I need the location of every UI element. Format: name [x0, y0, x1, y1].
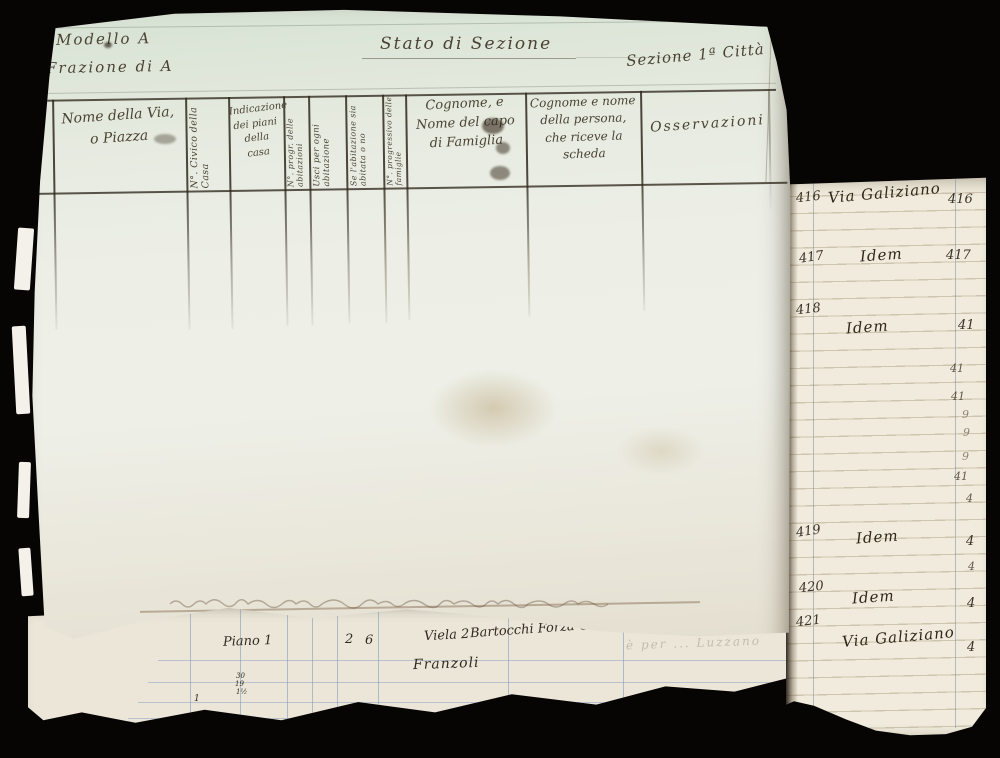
archival-document-photo: Piano 1 2 6 Viela 2 Bartocchi Forza Gi F… — [0, 0, 1000, 758]
row-number-right: 41 — [958, 318, 975, 333]
main-form-page: Modello A Frazione di A Stato di Sezione… — [20, 6, 792, 656]
grid-line — [138, 702, 738, 703]
edge-number: 9 — [962, 450, 969, 463]
ink-blot — [482, 118, 504, 134]
paper-stain — [428, 368, 558, 448]
column-header-isola: N°. dell'Isola — [30, 102, 52, 191]
form-table: N°. dell'Isola Nome della Via, o Piazza … — [28, 83, 792, 344]
torn-paper-sliver — [17, 462, 31, 518]
paper-stain — [616, 426, 706, 476]
row-number-left: 416 — [795, 189, 821, 207]
entry-civico: 2 — [345, 632, 353, 647]
rule-line — [40, 20, 746, 28]
row-number-left: 418 — [795, 301, 821, 319]
margin-mark: 1½ — [236, 688, 247, 696]
entry-capo-famiglia-2: Franzoli — [413, 655, 480, 673]
column-header-prog-famiglie: N°. progressivo delle famiglie — [385, 96, 404, 185]
edge-number: 41 — [954, 470, 968, 483]
row-number-right: 4 — [966, 534, 974, 549]
ink-smudge — [154, 134, 176, 144]
row-number-right: 417 — [946, 248, 971, 263]
table-line — [640, 91, 645, 311]
row-number-left: 421 — [795, 613, 821, 631]
column-header-piani: Indicazione dei piani della casa — [228, 100, 284, 163]
column-header-osservazioni: Osservazioni — [646, 110, 769, 138]
margin-mark: 1 — [194, 694, 200, 704]
right-register-page: 416 Via Galiziano 416 417 Idem 417 418 I… — [786, 176, 986, 742]
entry-sito: Viela 2 — [424, 627, 470, 644]
edge-number: 41 — [951, 390, 965, 403]
row-street: Idem — [851, 587, 895, 608]
margin-mark: 19 — [235, 680, 244, 688]
row-number-left: 420 — [798, 579, 824, 597]
row-number-right: 4 — [967, 596, 975, 611]
entry-num: 6 — [365, 633, 373, 648]
edge-number: 4 — [966, 492, 973, 505]
torn-paper-sliver — [12, 326, 31, 415]
row-street: Idem — [855, 527, 899, 548]
column-header-riceve-scheda: Cognome e nome della persona, che riceve… — [528, 92, 638, 165]
grid-line — [337, 600, 338, 722]
column-header-prog-abitazioni: N°. progr. delle abitazioni — [285, 98, 307, 187]
pencil-note: è per ... Luzzano — [626, 634, 761, 653]
grid-line — [190, 602, 191, 722]
edge-number: 9 — [962, 408, 969, 421]
column-header-usci: Usci per ogni abitazione — [312, 97, 344, 186]
grid-line — [312, 600, 313, 722]
entry-piano: Piano 1 — [223, 633, 273, 650]
table-line — [28, 100, 33, 330]
margin-mark: 30 — [236, 672, 245, 680]
torn-paper-sliver — [14, 228, 34, 291]
frazione-label: Frazione di A — [46, 57, 174, 77]
torn-paper-sliver — [18, 548, 33, 597]
ink-blot — [490, 166, 510, 180]
title-underline — [362, 58, 576, 59]
edge-number: 41 — [950, 362, 964, 375]
column-header-civico: N°. Civico della Casa — [189, 99, 226, 189]
grid-line — [287, 600, 288, 722]
page-title: Stato di Sezione — [380, 34, 552, 54]
edge-number: 4 — [968, 560, 975, 573]
row-number-right: 4 — [967, 640, 975, 655]
column-header-via: Nome della Via, o Piazza — [57, 101, 180, 154]
edge-number: 9 — [963, 426, 970, 439]
row-number-right: 416 — [948, 192, 973, 207]
table-line — [52, 100, 57, 330]
column-header-abitata: Se l'abitazione sia abitata o no — [348, 97, 381, 186]
sezione-label: Sezione 1ª Città — [625, 40, 765, 70]
row-street: Idem — [845, 317, 889, 338]
row-street: Idem — [859, 245, 903, 266]
ink-speck — [104, 42, 112, 48]
ink-blot — [496, 142, 510, 154]
grid-line — [148, 682, 798, 683]
grid-line — [128, 718, 608, 719]
